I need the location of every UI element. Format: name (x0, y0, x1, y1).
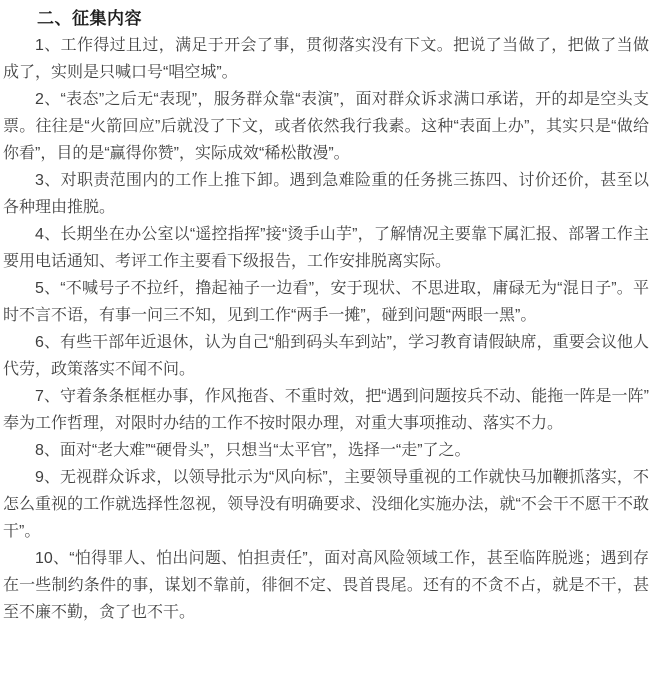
paragraph-item-6: 6、有些干部年近退休，认为自己“船到码头车到站”，学习教育请假缺席，重要会议他人… (3, 329, 649, 383)
section-heading: 二、征集内容 (3, 5, 649, 32)
paragraph-item-8: 8、面对“老大难”“硬骨头”，只想当“太平官”，选择一“走”了之。 (3, 437, 649, 464)
paragraph-item-7: 7、守着条条框框办事，作风拖沓、不重时效，把“遇到问题按兵不动、能拖一阵是一阵”… (3, 383, 649, 437)
paragraph-item-1: 1、工作得过且过，满足于开会了事，贯彻落实没有下文。把说了当做了，把做了当做成了… (3, 32, 649, 86)
paragraph-item-2: 2、“表态”之后无“表现”，服务群众靠“表演”，面对群众诉求满口承诺，开的却是空… (3, 86, 649, 167)
paragraph-item-9: 9、无视群众诉求，以领导批示为“风向标”，主要领导重视的工作就快马加鞭抓落实，不… (3, 464, 649, 545)
paragraph-item-4: 4、长期坐在办公室以“遥控指挥”接“烫手山芋”，了解情况主要靠下属汇报、部署工作… (3, 221, 649, 275)
paragraph-item-10: 10、“怕得罪人、怕出问题、怕担责任”，面对高风险领域工作，甚至临阵脱逃；遇到存… (3, 545, 649, 626)
paragraph-item-5: 5、“不喊号子不拉纤，撸起袖子一边看”，安于现状、不思进取，庸碌无为“混日子”。… (3, 275, 649, 329)
document-page: 二、征集内容 1、工作得过且过，满足于开会了事，贯彻落实没有下文。把说了当做了，… (0, 0, 655, 700)
paragraph-item-3: 3、对职责范围内的工作上推下卸。遇到急难险重的任务挑三拣四、讨价还价，甚至以各种… (3, 167, 649, 221)
